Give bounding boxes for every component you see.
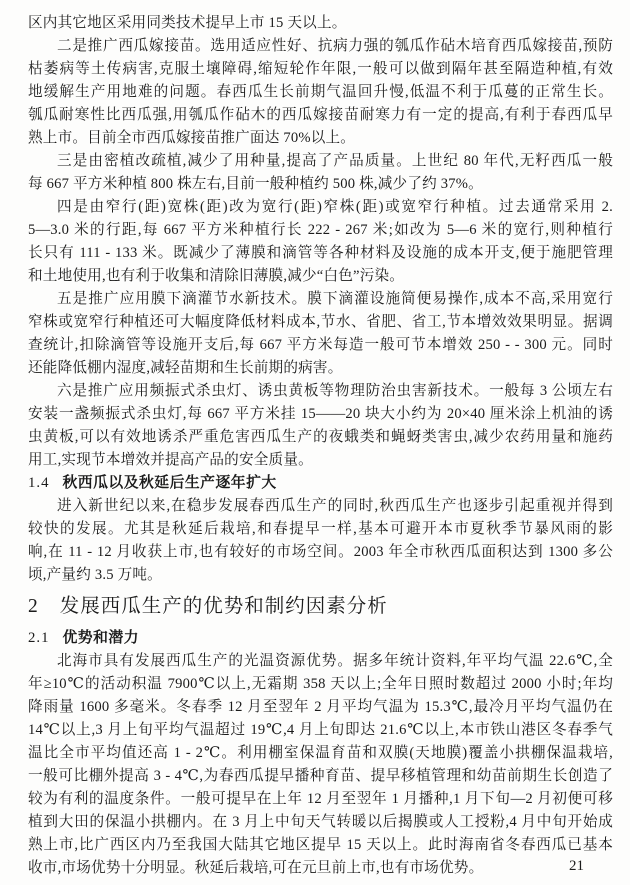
section-heading: 2发展西瓜生产的优势和制约因素分析 xyxy=(28,592,613,622)
text-line: 用工,实现节本增效并提高产品的安全质量。 xyxy=(28,449,613,472)
paragraph: 区内其它地区采用同类技术提早上市 15 天以上。 xyxy=(28,12,613,35)
text-line: 查统计,扣除滴管等设施开支后,每 667 平方米每造一般可节本增效 250 - … xyxy=(28,334,613,357)
text-line: 区内其它地区采用同类技术提早上市 15 天以上。 xyxy=(28,12,613,35)
heading-number: 1.4 xyxy=(28,475,50,491)
text-line: 进入新世纪以来,在稳步发展春西瓜生产的同时,秋西瓜生产也逐步引起重视并得到 xyxy=(28,495,613,518)
heading-title: 发展西瓜生产的优势和制约因素分析 xyxy=(60,596,388,617)
text-line: 收市,市场优势十分明显。秋延后栽培,可在元旦前上市,也有市场优势。 xyxy=(28,857,613,880)
text-line: 长只有 111 - 133 米。既减少了薄膜和滴管等各种材料及设施的成本开支,便… xyxy=(28,242,613,265)
text-line: 一般可比棚外提高 3 - 4℃,为春西瓜提早播种育苗、提早移植管理和幼苗前期生长… xyxy=(28,765,613,788)
heading-number: 2.1 xyxy=(28,630,50,646)
page-body-text: 区内其它地区采用同类技术提早上市 15 天以上。二是推广西瓜嫁接苗。选用适应性好… xyxy=(28,12,613,880)
text-line: 虫黄板,可以有效地诱杀严重危害西瓜生产的夜蛾类和蝇蚜类害虫,减少农药用量和施药 xyxy=(28,426,613,449)
text-line: 顷,产量约 3.5 万吨。 xyxy=(28,564,613,587)
text-line: 安装一盏频振式杀虫灯,每 667 平方米挂 15——20 块大小约为 20×40… xyxy=(28,403,613,426)
text-line: 熟上市。目前全市西瓜嫁接苗推广面达 70%以上。 xyxy=(28,127,613,150)
text-line: 植到大田的保温小拱棚内。在 3 月上中旬天气转暖以后揭膜或人工授粉,4 月中旬开… xyxy=(28,811,613,834)
document-page: 区内其它地区采用同类技术提早上市 15 天以上。二是推广西瓜嫁接苗。选用适应性好… xyxy=(0,0,630,885)
page-number: 21 xyxy=(569,856,584,876)
paragraph: 五是推广应用膜下滴灌节水新技术。膜下滴灌设施简便易操作,成本不高,采用宽行窄株或… xyxy=(28,288,613,380)
text-line: 窄株或宽窄行种植还可大幅度降低材料成本,节水、省肥、省工,节本增效效果明显。据调 xyxy=(28,311,613,334)
heading-title: 秋西瓜以及秋延后生产逐年扩大 xyxy=(63,475,277,491)
text-line: 枯萎病等土传病害,克服土壤障碍,缩短轮作年限,一般可以做到隔年甚至隔造种植,有效 xyxy=(28,58,613,81)
sub-heading: 2.1优势和潜力 xyxy=(28,627,613,650)
text-line: 四是由窄行(距)宽株(距)改为宽行(距)窄株(距)或宽窄行种植。过去通常采用 2… xyxy=(28,196,613,219)
text-line: 和土地使用,也有利于收集和清除旧薄膜,减少“白色”污染。 xyxy=(28,265,613,288)
text-line: 三是由密植改疏植,减少了用种量,提高了产品质量。上世纪 80 年代,无籽西瓜一般 xyxy=(28,150,613,173)
text-line: 北海市具有发展西瓜生产的光温资源优势。据多年统计资料,年平均气温 22.6℃,全 xyxy=(28,650,613,673)
paragraph: 二是推广西瓜嫁接苗。选用适应性好、抗病力强的瓠瓜作砧木培育西瓜嫁接苗,预防枯萎病… xyxy=(28,35,613,150)
text-line: 5—3.0 米的行距,每 667 平方米种植行长 222 - 267 米;如改为… xyxy=(28,219,613,242)
sub-heading: 1.4秋西瓜以及秋延后生产逐年扩大 xyxy=(28,472,613,495)
text-line: 较为有利的温度条件。一般可提早在上年 12 月至翌年 1 月播种,1 月下旬—2… xyxy=(28,788,613,811)
text-line: 温比全市平均值还高 1 - 2℃。利用棚室保温育苗和双膜(天地膜)覆盖小拱棚保温… xyxy=(28,742,613,765)
text-line: 每 667 平方米种植 800 株左右,目前一般种植约 500 株,减少了约 3… xyxy=(28,173,613,196)
text-line: 降雨量 1600 多毫米。冬春季 12 月至翌年 2 月平均气温为 15.3℃,… xyxy=(28,696,613,719)
text-line: 响,在 11 - 12 月收获上市,也有较好的市场空间。2003 年全市秋西瓜面… xyxy=(28,541,613,564)
text-line: 年≥10℃的活动积温 7900℃以上,无霜期 358 天以上;全年日照时数超过 … xyxy=(28,673,613,696)
text-line: 地缓解生产用地难的问题。春西瓜生长前期气温回升慢,低温不利于瓜蔓的正常生长。 xyxy=(28,81,613,104)
heading-title: 优势和潜力 xyxy=(63,630,140,646)
paragraph: 六是推广应用频振式杀虫灯、诱虫黄板等物理防治虫害新技术。一般每 3 公顷左右安装… xyxy=(28,380,613,472)
text-line: 14℃以上,3 月上旬平均气温超过 19℃,4 月上旬即达 21.6℃以上,本市… xyxy=(28,719,613,742)
text-line: 瓠瓜耐寒性比西瓜强,用瓠瓜作砧木的西瓜嫁接苗耐寒力有一定的提高,有利于春西瓜早 xyxy=(28,104,613,127)
text-line: 五是推广应用膜下滴灌节水新技术。膜下滴灌设施简便易操作,成本不高,采用宽行 xyxy=(28,288,613,311)
text-line: 还能降低棚内湿度,减轻苗期和生长前期的病害。 xyxy=(28,357,613,380)
text-line: 六是推广应用频振式杀虫灯、诱虫黄板等物理防治虫害新技术。一般每 3 公顷左右 xyxy=(28,380,613,403)
paragraph: 四是由窄行(距)宽株(距)改为宽行(距)窄株(距)或宽窄行种植。过去通常采用 2… xyxy=(28,196,613,288)
paragraph: 三是由密植改疏植,减少了用种量,提高了产品质量。上世纪 80 年代,无籽西瓜一般… xyxy=(28,150,613,196)
paragraph: 北海市具有发展西瓜生产的光温资源优势。据多年统计资料,年平均气温 22.6℃,全… xyxy=(28,650,613,880)
heading-number: 2 xyxy=(28,596,39,617)
text-line: 较快的发展。尤其是秋延后栽培,和春提早一样,基本可避开本市夏秋季节暴风雨的影 xyxy=(28,518,613,541)
text-line: 熟上市,比广西区内乃至我国大陆其它地区提早 15 天以上。此时海南省冬春西瓜已基… xyxy=(28,834,613,857)
paragraph: 进入新世纪以来,在稳步发展春西瓜生产的同时,秋西瓜生产也逐步引起重视并得到较快的… xyxy=(28,495,613,587)
text-line: 二是推广西瓜嫁接苗。选用适应性好、抗病力强的瓠瓜作砧木培育西瓜嫁接苗,预防 xyxy=(28,35,613,58)
